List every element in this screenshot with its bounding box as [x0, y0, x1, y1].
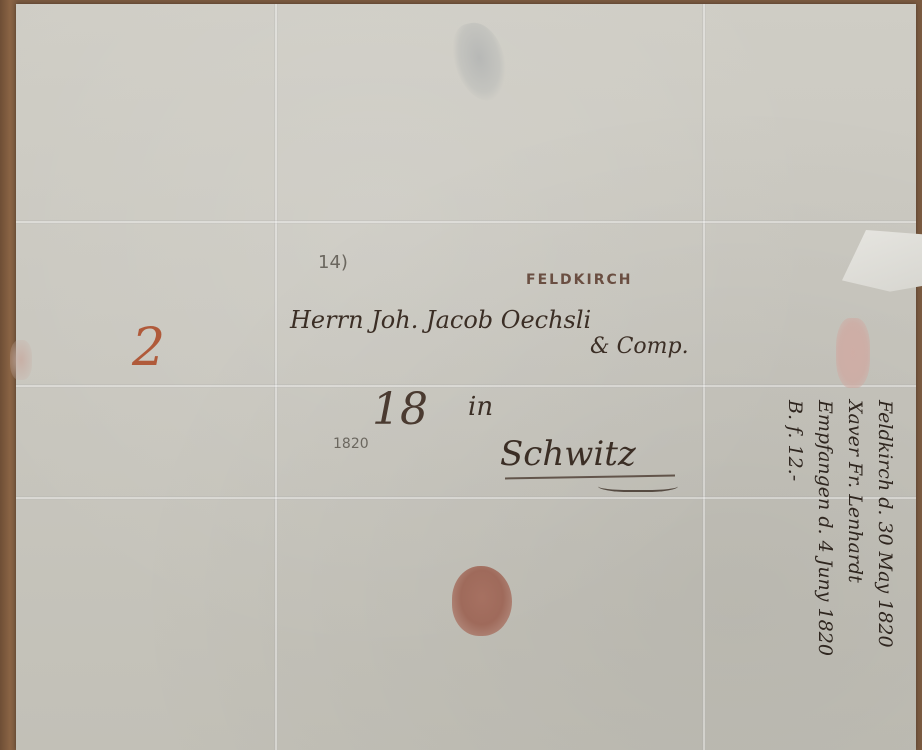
- docket-number: 14): [318, 252, 348, 273]
- wax-seal: [452, 566, 512, 636]
- ink-rate-mark: 18: [372, 384, 428, 435]
- postmark-stamp: FELDKIRCH: [526, 272, 633, 288]
- red-rate-mark: 2: [132, 318, 165, 378]
- vertical-fold-left: [274, 4, 278, 750]
- destination: Schwitz: [500, 434, 636, 474]
- pencil-year: 1820: [333, 436, 369, 452]
- annotation-line-2: Xaver Fr. Lenhardt: [840, 400, 870, 656]
- annotation-line-3: Empfangen d. 4 Juny 1820: [810, 400, 840, 656]
- address-line-2: & Comp.: [590, 334, 689, 359]
- annotation-line-4: B. f. 12.-: [780, 400, 810, 656]
- seal-residue-left: [10, 340, 32, 380]
- annotation-line-1: Feldkirch d. 30 May 1820: [870, 400, 900, 656]
- seal-residue-right: [836, 318, 870, 388]
- destination-flourish: [598, 478, 678, 492]
- vertical-fold-right: [702, 4, 706, 750]
- side-annotation: Feldkirch d. 30 May 1820 Xaver Fr. Lenha…: [780, 400, 900, 656]
- address-line-1: Herrn Joh. Jacob Oechsli: [290, 306, 591, 334]
- horizontal-fold-top: [16, 220, 916, 224]
- horizontal-fold-middle: [16, 384, 916, 388]
- address-preposition: in: [468, 392, 493, 422]
